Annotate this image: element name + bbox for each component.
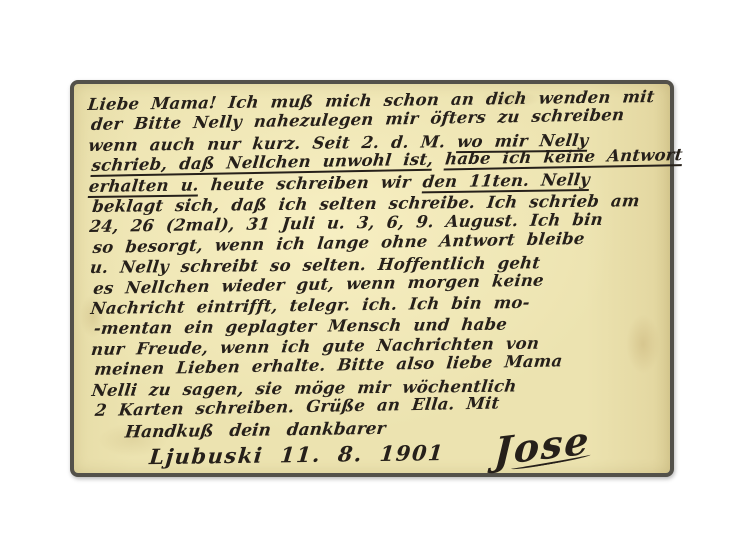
handwriting-lines: Liebe Mama! Ich muß mich schon an dich w… — [86, 87, 663, 421]
underlined-text: erhalten u. — [88, 175, 200, 198]
text-segment: heute schreiben wir — [198, 172, 424, 194]
postcard: Liebe Mama! Ich muß mich schon an dich w… — [70, 80, 674, 477]
underlined-text: habe ich keine Antwort — [444, 145, 684, 170]
handwriting-block: Liebe Mama! Ich muß mich schon an dich w… — [86, 87, 663, 475]
scan-page: Liebe Mama! Ich muß mich schon an dich w… — [0, 0, 740, 557]
underlined-text: den 11ten. Nelly — [421, 170, 591, 193]
